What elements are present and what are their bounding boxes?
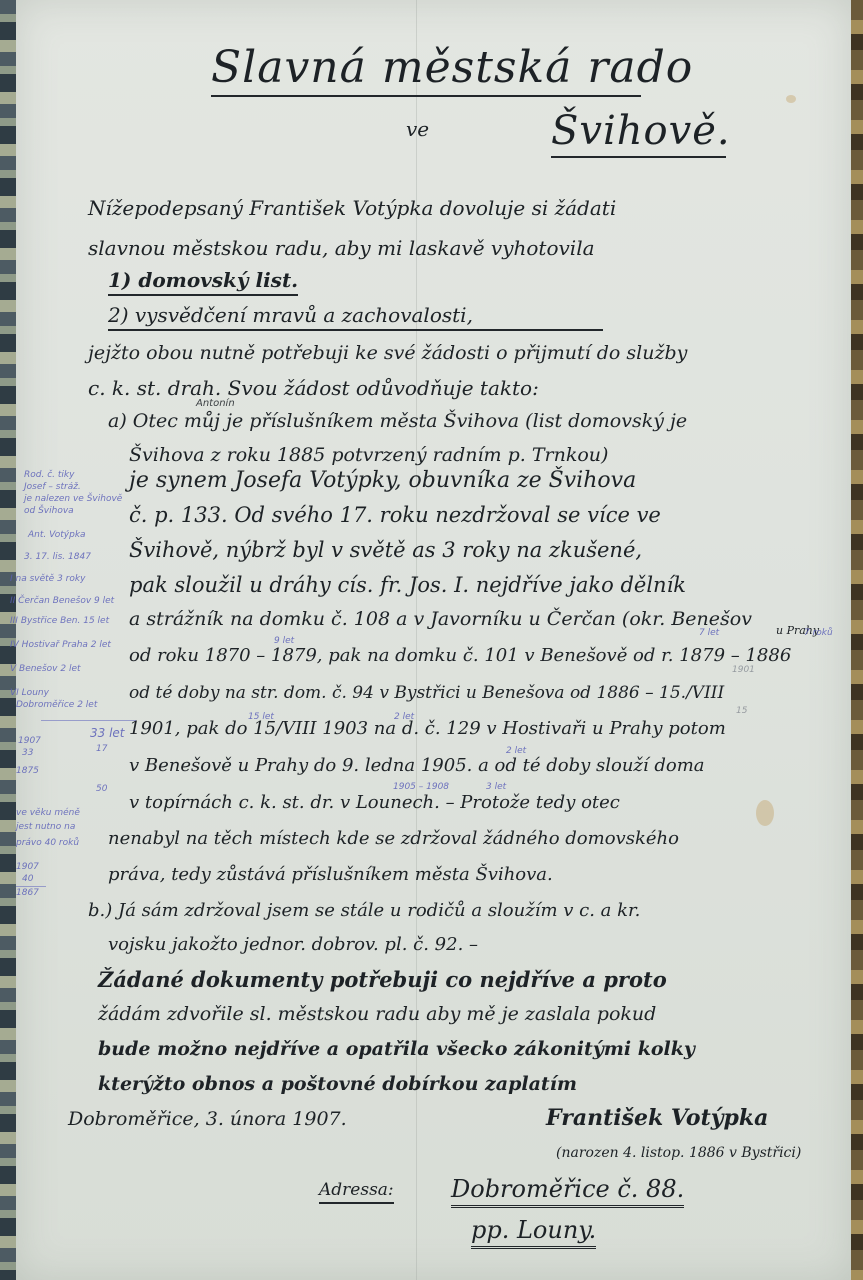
body-line: c. k. st. drah. Svou žádost odůvodňuje t…	[88, 376, 539, 400]
binder-edge-right	[851, 0, 863, 1280]
margin-note: 33	[22, 748, 33, 758]
margin-note: 1867	[16, 888, 39, 898]
body-line: jejžto obou nutně potřebuji ke své žádos…	[88, 342, 687, 364]
body-line-item2: 2) vysvědčení mravů a zachovalosti,	[108, 303, 603, 331]
body-line: kterýžto obnos a poštovné dobírkou zapla…	[98, 1073, 577, 1095]
margin-note: 33 let	[90, 726, 125, 740]
address-line2: pp. Louny.	[471, 1216, 596, 1249]
margin-note: právo 40 roků	[16, 838, 79, 848]
margin-note: 1875	[16, 766, 39, 776]
interlinear-note: 1905 – 1908	[393, 782, 449, 792]
body-line: bude možno nejdříve a opatřila všecko zá…	[98, 1038, 695, 1060]
body-line: žádám zdvořile sl. městskou radu aby mě …	[98, 1003, 656, 1025]
interlinear-note: 7 let	[699, 628, 719, 638]
heading-line3: Švihově.	[551, 108, 726, 158]
body-line: práva, tedy zůstává příslušníkem města Š…	[108, 864, 553, 885]
place-date: Dobroměřice, 3. února 1907.	[68, 1108, 347, 1130]
margin-note: od Švihova	[24, 506, 74, 516]
body-line: Švihově, nýbrž byl v světě as 3 roky na …	[129, 538, 642, 562]
body-line: slavnou městskou radu, aby mi laskavě vy…	[88, 236, 595, 260]
body-line: 1901, pak do 15/VIII 1903 na d. č. 129 v…	[129, 718, 726, 739]
body-line: v topírnách c. k. st. dr. v Lounech. – P…	[129, 792, 620, 813]
body-line: Nížepodepsaný František Votýpka dovoluje…	[88, 196, 616, 220]
body-line: od té doby na str. dom. č. 94 v Bystřici…	[129, 683, 724, 703]
interlinear-antonin: Antonín	[196, 398, 235, 409]
margin-note: Ant. Votýpka	[28, 530, 86, 540]
body-line-item1: 1) domovský list.	[108, 268, 298, 296]
body-line: a strážník na domku č. 108 a v Javorníku…	[129, 608, 752, 630]
body-line: od roku 1870 – 1879, pak na domku č. 101…	[129, 645, 791, 666]
margin-note: Josef – stráž.	[24, 482, 81, 492]
body-line: pak sloužil u dráhy cís. fr. Jos. I. nej…	[129, 573, 686, 597]
paper-stain	[786, 95, 796, 103]
body-line: b.) Já sám zdržoval jsem se stále u rodi…	[88, 900, 640, 921]
margin-note: je nalezen ve Švihově	[24, 494, 122, 504]
interlinear-note: 2 let	[506, 746, 526, 756]
margin-note: V Benešov 2 let	[10, 664, 81, 674]
margin-note: 1907	[18, 736, 41, 746]
body-line: nenabyl na těch místech kde se zdržoval …	[108, 828, 679, 849]
margin-note: IV Hostivař Praha 2 let	[10, 640, 111, 650]
paper-stain	[756, 800, 774, 826]
margin-note: I na světě 3 roky	[10, 574, 85, 584]
interlinear-note: 2 let	[394, 712, 414, 722]
body-line: je synem Josefa Votýpky, obuvníka ze Švi…	[129, 468, 636, 493]
margin-note: II Čerčan Benešov 9 let	[10, 596, 114, 606]
interlinear-note: 15	[736, 706, 747, 716]
body-line: vojsku jakožto jednor. dobrov. pl. č. 92…	[108, 934, 478, 955]
address-line1: Dobroměřice č. 88.	[451, 1175, 684, 1208]
heading-line2: ve	[406, 117, 429, 141]
margin-note: Rod. č. tiky	[24, 470, 74, 480]
heading-line1: Slavná městská rado	[211, 42, 641, 97]
body-line: č. p. 133. Od svého 17. roku nezdržoval …	[129, 503, 661, 527]
interlinear-note: 3 let	[486, 782, 506, 792]
letter-page: Slavná městská rado ve Švihově. Nížepode…	[16, 0, 851, 1280]
margin-note: jest nutno na	[16, 822, 75, 832]
margin-rule	[16, 886, 46, 887]
interlinear-note: 7 roků	[804, 628, 833, 638]
interlinear-note: 9 let	[274, 636, 294, 646]
interlinear-note: 15 let	[248, 712, 274, 722]
margin-note: Dobroměřice 2 let	[16, 700, 97, 710]
margin-note: VI Louny	[10, 688, 49, 698]
interlinear-note: 1901	[732, 665, 755, 675]
address-label: Adressa:	[319, 1180, 394, 1204]
body-line: Švihova z roku 1885 potvrzený radním p. …	[129, 444, 608, 466]
margin-note: 50	[96, 784, 107, 794]
margin-rule	[41, 720, 136, 721]
margin-note: ve věku méně	[16, 808, 80, 818]
margin-note: 3. 17. lis. 1847	[24, 552, 91, 562]
margin-note: 40	[22, 874, 33, 884]
margin-note: 1907	[16, 862, 39, 872]
birth-note: (narozen 4. listop. 1886 v Bystřici)	[556, 1145, 801, 1161]
body-line: v Benešově u Prahy do 9. ledna 1905. a o…	[129, 755, 705, 776]
signature: František Votýpka	[546, 1105, 768, 1131]
margin-note: III Bystřice Ben. 15 let	[10, 616, 109, 626]
body-line: Žádané dokumenty potřebuji co nejdříve a…	[98, 967, 667, 992]
margin-note: 17	[96, 744, 107, 754]
body-line: a) Otec můj je příslušníkem města Švihov…	[108, 410, 687, 432]
